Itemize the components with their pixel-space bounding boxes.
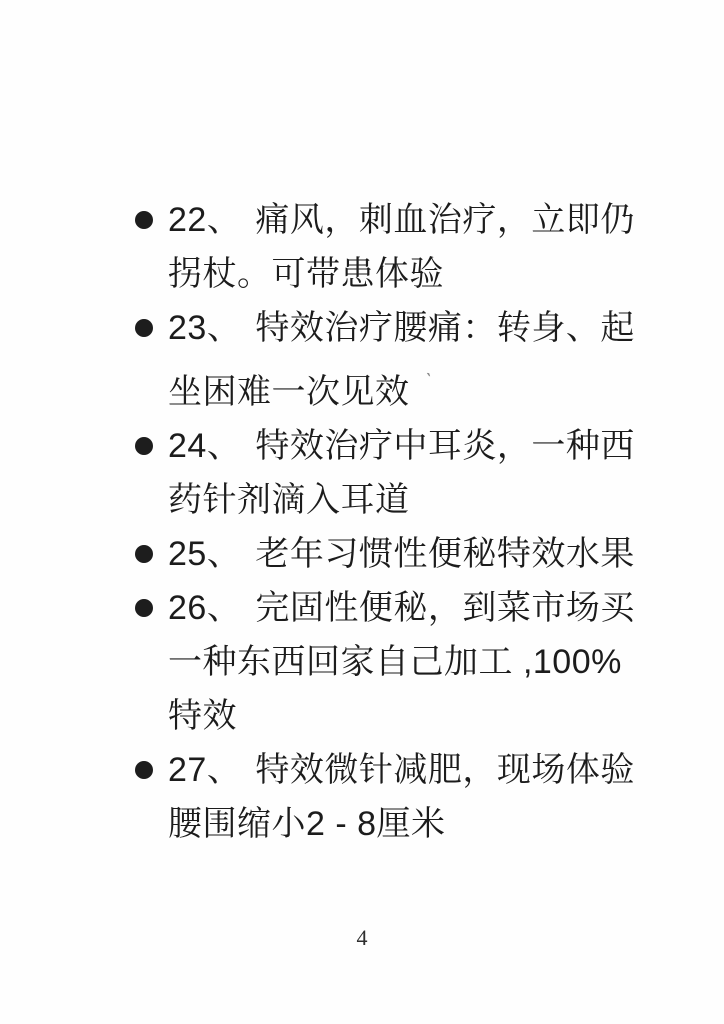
item-line: 腰围缩小2 - 8厘米: [168, 797, 635, 851]
item-line-text: 特效治疗腰痛：转身、起: [255, 309, 635, 347]
item-line: 27、特效微针减肥，现场体验: [168, 743, 635, 797]
item-line: 药针剂滴入耳道: [168, 473, 635, 527]
bullet-icon: ●: [135, 761, 153, 779]
item-line-text: 痛风，刺血治疗，立即仍: [255, 201, 635, 239]
list-item-text: 25、老年习惯性便秘特效水果: [168, 527, 635, 581]
item-line: 23、特效治疗腰痛：转身、起: [168, 301, 635, 355]
item-line: 坐困难一次见效ˋ: [168, 355, 635, 419]
item-line: 25、老年习惯性便秘特效水果: [168, 527, 635, 581]
bullet-icon: ●: [135, 545, 153, 563]
scan-artifact-mark: ˋ: [420, 355, 435, 410]
list-item: ● 22、痛风，刺血治疗，立即仍 拐杖。可带患体验: [135, 193, 605, 301]
document-page: ● 22、痛风，刺血治疗，立即仍 拐杖。可带患体验 ● 23、特效治疗腰痛：转身…: [0, 0, 724, 1024]
item-line-text: 特效治疗中耳炎，一种西: [255, 427, 635, 465]
item-number: 23、: [168, 301, 241, 355]
bullet-icon: ●: [135, 319, 153, 337]
bullet-icon: ●: [135, 211, 153, 229]
item-line: 特效: [168, 689, 635, 743]
page-number: 4: [0, 925, 724, 951]
bullet-icon: ●: [135, 437, 153, 455]
item-line-text: 老年习惯性便秘特效水果: [255, 535, 635, 573]
list-item-text: 22、痛风，刺血治疗，立即仍 拐杖。可带患体验: [168, 193, 635, 301]
list-item: ● 23、特效治疗腰痛：转身、起 坐困难一次见效ˋ: [135, 301, 605, 419]
list-item-text: 27、特效微针减肥，现场体验 腰围缩小2 - 8厘米: [168, 743, 635, 851]
list-item: ● 26、完固性便秘，到菜市场买 一种东西回家自己加工 ,100% 特效: [135, 581, 605, 743]
item-line-text: 特效微针减肥，现场体验: [255, 751, 635, 789]
item-number: 25、: [168, 527, 241, 581]
list-item-text: 24、特效治疗中耳炎，一种西 药针剂滴入耳道: [168, 419, 635, 527]
list-item: ● 24、特效治疗中耳炎，一种西 药针剂滴入耳道: [135, 419, 605, 527]
list-item-text: 26、完固性便秘，到菜市场买 一种东西回家自己加工 ,100% 特效: [168, 581, 635, 743]
item-number: 22、: [168, 193, 241, 247]
list-item: ● 27、特效微针减肥，现场体验 腰围缩小2 - 8厘米: [135, 743, 605, 851]
item-line: 22、痛风，刺血治疗，立即仍: [168, 193, 635, 247]
item-number: 24、: [168, 419, 241, 473]
item-number: 26、: [168, 581, 241, 635]
item-number: 27、: [168, 743, 241, 797]
item-line-text: 坐困难一次见效: [168, 373, 410, 411]
item-line: 24、特效治疗中耳炎，一种西: [168, 419, 635, 473]
item-line: 一种东西回家自己加工 ,100%: [168, 635, 635, 689]
list-item: ● 25、老年习惯性便秘特效水果: [135, 527, 605, 581]
item-line: 26、完固性便秘，到菜市场买: [168, 581, 635, 635]
item-line: 拐杖。可带患体验: [168, 247, 635, 301]
bullet-icon: ●: [135, 599, 153, 617]
list-item-text: 23、特效治疗腰痛：转身、起 坐困难一次见效ˋ: [168, 301, 635, 419]
item-line-text: 完固性便秘，到菜市场买: [255, 589, 635, 627]
bullet-list: ● 22、痛风，刺血治疗，立即仍 拐杖。可带患体验 ● 23、特效治疗腰痛：转身…: [135, 193, 605, 851]
